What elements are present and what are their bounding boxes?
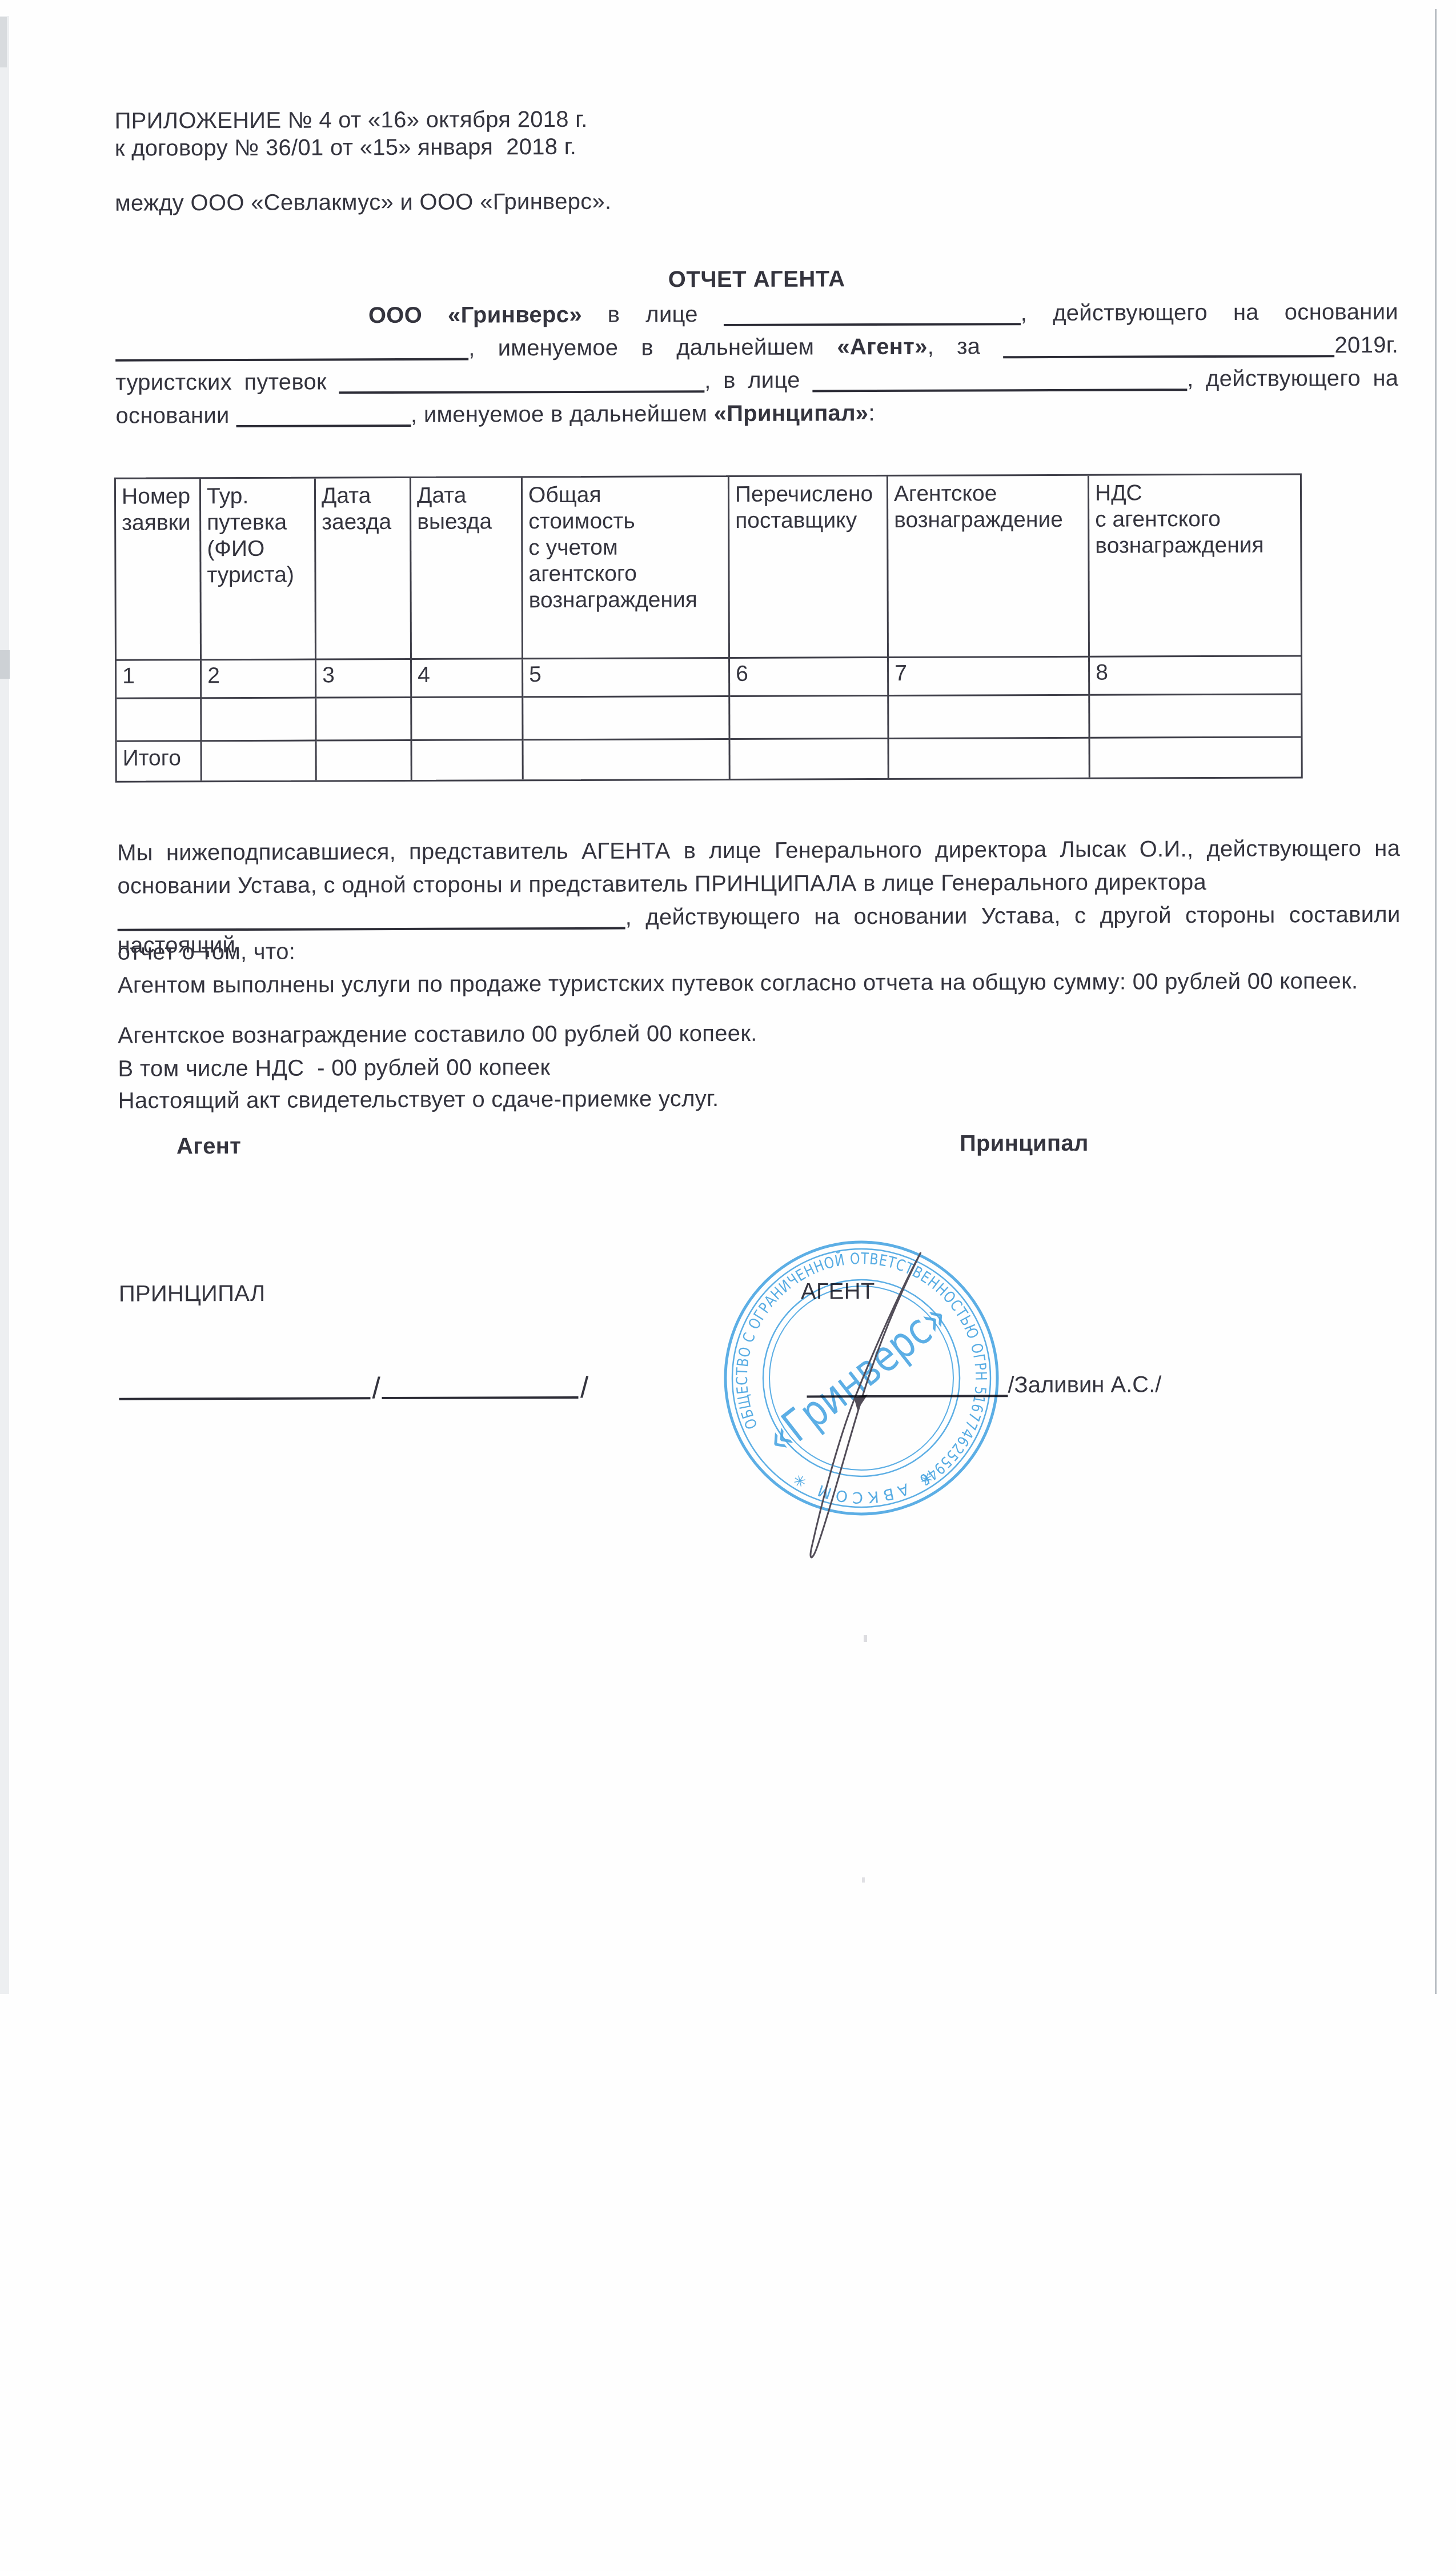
body-line-2: основании Устава, с одной стороны и пред…: [117, 869, 1206, 899]
column-number-cell: 7: [889, 658, 1090, 696]
table-header-cell: Дата выезда: [411, 478, 523, 660]
blank-field[interactable]: [1003, 335, 1334, 358]
intro-text: основании: [115, 403, 229, 428]
column-number-cell: 3: [316, 660, 412, 699]
column-number-cell: 1: [117, 660, 202, 699]
principal-heading: Принципал: [960, 1130, 1089, 1157]
table-header-cell: Тур. путевка (ФИО туриста): [201, 479, 316, 661]
intro-line-4: основании , именуемое в дальнейшем «Прин…: [115, 400, 875, 429]
intro-text: , в лице: [704, 368, 800, 394]
total-value-cell[interactable]: [202, 741, 317, 780]
total-label-cell: Итого: [117, 742, 202, 781]
parties-line: между ООО «Севлакмус» и ООО «Гринверс».: [115, 189, 611, 217]
agent-caps-label: АГЕНТ: [801, 1278, 875, 1304]
blank-field[interactable]: [724, 303, 1021, 326]
table-header-cell: Перечислено поставщику: [729, 476, 889, 659]
intro-text: :: [868, 401, 875, 426]
column-number-cell: 2: [202, 660, 316, 699]
contract-line: к договору № 36/01 от «15» января 2018 г…: [115, 134, 576, 162]
year-label: 2019г.: [1334, 333, 1398, 358]
empty-data-cell[interactable]: [316, 698, 412, 742]
total-value-cell[interactable]: [524, 740, 731, 779]
table-header-cell: НДС с агентского вознаграждения: [1089, 475, 1301, 657]
total-value-cell[interactable]: [412, 740, 524, 780]
total-value-cell[interactable]: [889, 739, 1090, 778]
agent-company-name: ООО «Гринверс»: [368, 302, 582, 328]
total-value-cell[interactable]: [731, 739, 889, 779]
blank-field[interactable]: [115, 339, 468, 362]
principal-name-field[interactable]: [382, 1377, 579, 1399]
intro-line-3: туристских путевок , в лице , действующе…: [115, 365, 1398, 396]
empty-data-cell[interactable]: [730, 696, 889, 740]
column-number-cell: 8: [1090, 656, 1301, 695]
slash-separator: /: [579, 1371, 591, 1404]
blank-field[interactable]: [339, 371, 704, 394]
empty-data-cell[interactable]: [202, 698, 316, 742]
table-header-cell: Общая стоимость с учетом агентского возн…: [523, 477, 730, 659]
reward-sum-line: Агентское вознаграждение составило 00 ру…: [118, 1020, 757, 1049]
intro-line-2: , именуемое в дальнейшем «Агент», за 201…: [115, 332, 1398, 363]
vat-sum-line: В том числе НДС - 00 рублей 00 копеек: [118, 1054, 550, 1082]
intro-text: , именуемое в дальнейшем: [468, 334, 814, 361]
principal-signature-field[interactable]: [119, 1377, 370, 1400]
blank-field[interactable]: [236, 405, 411, 427]
intro-text: в лице: [608, 302, 698, 327]
table-header-cell: Номер заявки: [116, 479, 202, 661]
report-table: Номер заявки Тур. путевка (ФИО туриста) …: [114, 473, 1303, 782]
acceptance-line: Настоящий акт свидетельствует о сдаче-пр…: [118, 1086, 719, 1114]
column-number-cell: 4: [412, 659, 523, 698]
column-number-cell: 6: [730, 658, 889, 697]
empty-data-cell[interactable]: [1090, 695, 1301, 738]
agent-signature-field[interactable]: [807, 1375, 1008, 1397]
total-value-cell[interactable]: [317, 741, 412, 780]
table-header-cell: Агентское вознаграждение: [888, 476, 1090, 658]
empty-data-cell[interactable]: [412, 698, 523, 741]
body-line-4: отчет о том, что:: [118, 939, 295, 966]
column-number-cell: 5: [523, 659, 730, 698]
principal-caps-label: ПРИНЦИПАЛ: [119, 1280, 266, 1307]
intro-text: , действующего на основании: [1021, 299, 1398, 326]
blank-field[interactable]: [812, 369, 1187, 392]
agent-name: /Заливин А.С./: [1008, 1372, 1161, 1397]
body-line-3: , действующего на основании Устава, с др…: [118, 902, 1401, 959]
document-title: ОТЧЕТ АГЕНТА: [115, 265, 1398, 295]
agent-signature-row: /Заливин А.С./: [807, 1372, 1161, 1398]
empty-data-cell[interactable]: [523, 697, 730, 740]
intro-text: , за: [928, 334, 981, 359]
agent-heading: Агент: [177, 1133, 241, 1159]
principal-signature-row: //: [119, 1374, 590, 1402]
body-line-1: Мы нижеподписавшиеся, представитель АГЕН…: [117, 835, 1400, 866]
intro-text: туристских путевок: [115, 369, 327, 395]
body-line-5: Агентом выполнены услуги по продаже тури…: [118, 968, 1358, 999]
scanned-document-page: ПРИЛОЖЕНИЕ № 4 от «16» октября 2018 г. к…: [0, 0, 1456, 2571]
empty-data-cell[interactable]: [889, 696, 1090, 739]
blank-field[interactable]: [118, 908, 625, 931]
intro-text: , действующего на: [1187, 366, 1398, 391]
principal-term: «Принципал»: [714, 401, 869, 426]
slash-separator: /: [370, 1372, 382, 1405]
empty-data-cell[interactable]: [117, 699, 202, 742]
agent-term: «Агент»: [837, 334, 927, 360]
total-value-cell[interactable]: [1090, 738, 1301, 777]
appendix-line: ПРИЛОЖЕНИЕ № 4 от «16» октября 2018 г.: [115, 106, 588, 134]
intro-text: , именуемое в дальнейшем: [411, 401, 707, 427]
document-sheet: ПРИЛОЖЕНИЕ № 4 от «16» октября 2018 г. к…: [0, 0, 1456, 2571]
intro-line-1: ООО «Гринверс» в лице , действующего на …: [368, 299, 1398, 329]
table-header-cell: Дата заезда: [316, 478, 412, 660]
